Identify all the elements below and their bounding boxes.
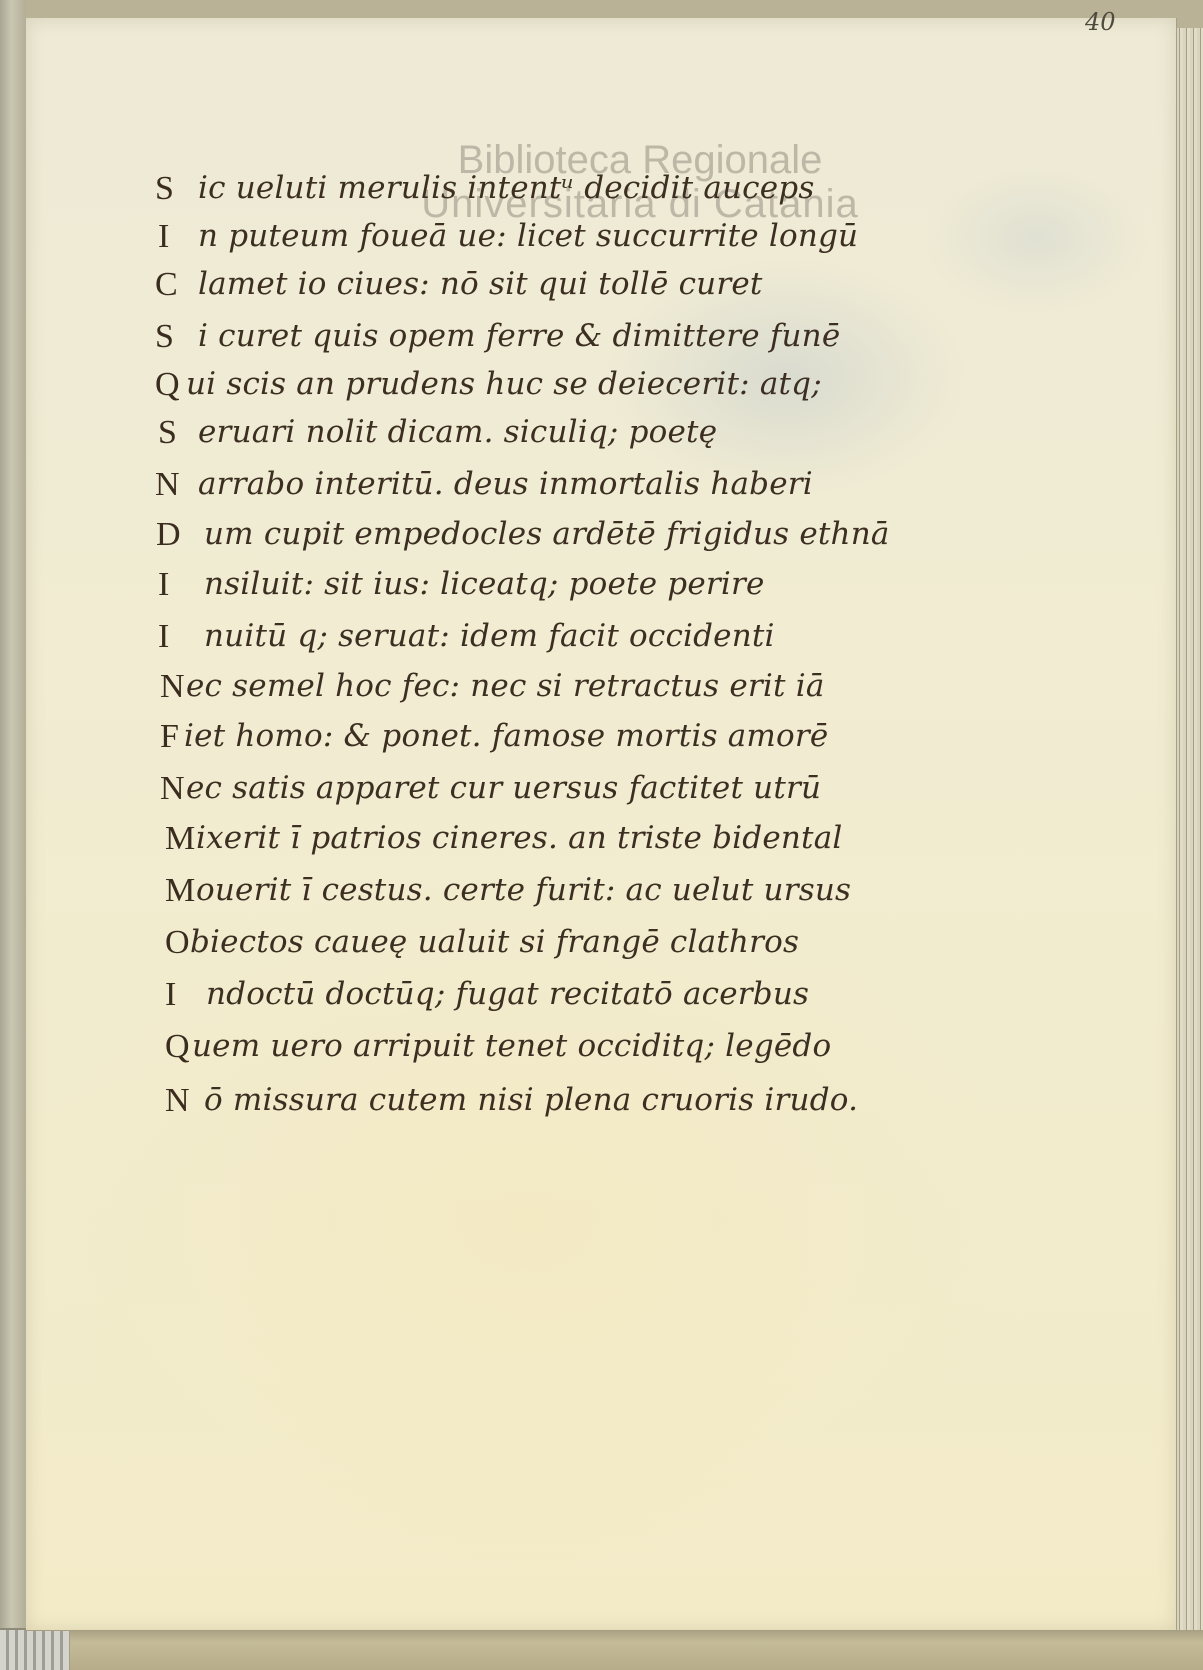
verse-initial: N [165,1082,190,1120]
verse-text: ec semel hoc fec: nec si retractus erit … [186,668,825,704]
verse-text: ndoctū doctūq; fugat recitatō acerbus [206,976,809,1012]
verse-initial: N [160,770,185,808]
page-edges-bottom [26,1630,1203,1670]
verse-text: biectos caueę ualuit si frangē clathros [190,924,799,960]
verse-initial: F [160,718,179,756]
verse-initial: M [165,820,195,858]
verse-text: ō missura cutem nisi plena cruoris irudo… [204,1082,858,1118]
verse-initial: S [155,318,174,356]
folio-number: 40 [1085,8,1116,36]
verse-text: ouerit ī cestus. certe furit: ac uelut u… [196,872,851,908]
verse-text: arrabo interitū. deus inmortalis haberi [198,466,813,502]
verse-text: eruari nolit dicam. siculiq; poetę [198,414,717,450]
verse-initial: O [165,924,190,962]
verse-initial: I [158,566,170,604]
verse-initial: Q [165,1028,190,1066]
verse-initial: Q [155,366,180,404]
verse-text: iet homo: & ponet. famose mortis amorē [184,718,828,754]
verse-initial: N [160,668,185,706]
verse-initial: N [155,466,180,504]
verse-text: uem uero arripuit tenet occiditq; legēdo [192,1028,831,1064]
verse-initial: D [156,516,181,554]
verse-initial: I [158,218,170,256]
verse-initial: I [165,976,177,1014]
verse-text: um cupit empedocles ardētē frigidus ethn… [204,516,890,552]
book-binding-left [0,0,26,1670]
verse-initial: S [155,170,174,208]
verse-text: n puteum foueā ue: licet succurrite long… [198,218,858,254]
verse-text: ic ueluti merulis intentᵘ decidit auceps [198,170,814,206]
verse-text: nuitū q; seruat: idem facit occidenti [204,618,775,654]
verse-text: ui scis an prudens huc se deiecerit: atq… [186,366,822,402]
verse-initial: S [158,414,177,452]
page-edges-right [1176,28,1203,1638]
verse-text: i curet quis opem ferre & dimittere funē [198,318,840,354]
verse-text: ixerit ī patrios cineres. an triste bide… [196,820,843,856]
binding-stitching [0,1628,70,1670]
verse-initial: M [165,872,195,910]
verse-text: ec satis apparet cur uersus factitet utr… [186,770,821,806]
verse-initial: C [155,266,178,304]
verse-initial: I [158,618,170,656]
verse-text: nsiluit: sit ius: liceatq; poete perire [204,566,765,602]
verse-text: lamet io ciues: nō sit qui tollē curet [198,266,763,302]
